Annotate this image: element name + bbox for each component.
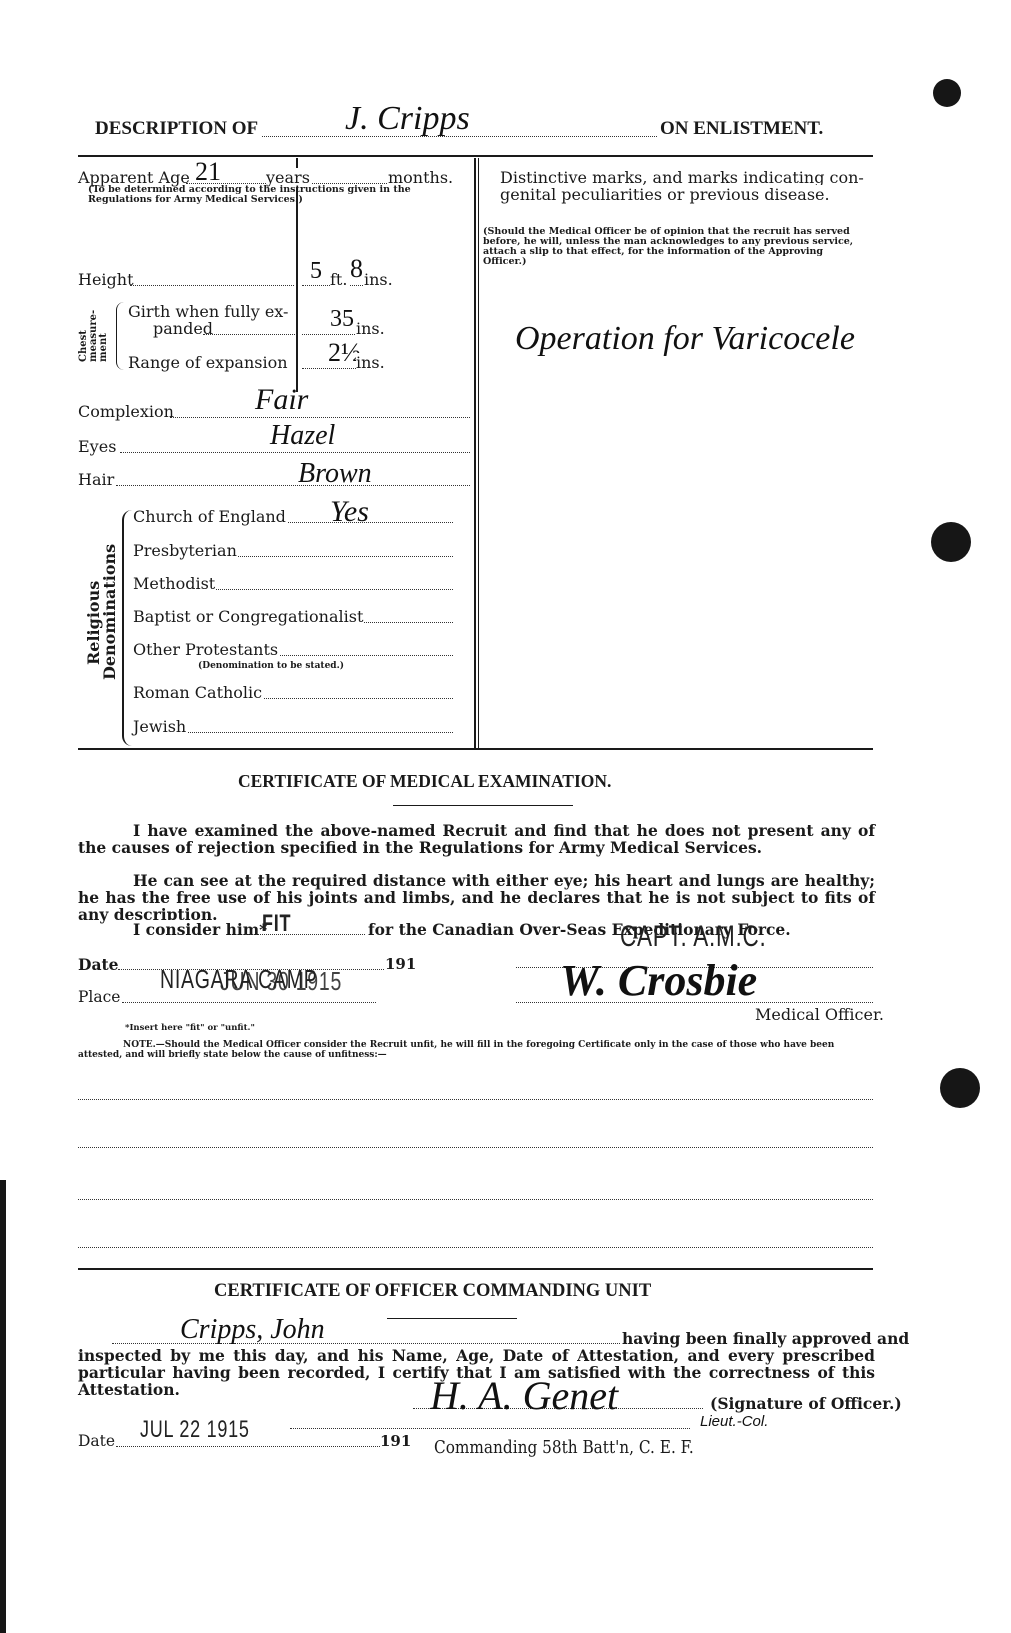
hair-value: Brown xyxy=(298,458,372,490)
chest-measurement-label: Chest measure-ment xyxy=(79,297,109,362)
girth-value: 35 xyxy=(330,306,354,333)
punch-hole-middle xyxy=(931,522,971,562)
scan-edge xyxy=(0,1180,6,1633)
medical-title-underline xyxy=(393,805,573,806)
range-value-line xyxy=(302,368,358,369)
commanding-date-year: 191 xyxy=(380,1432,412,1450)
apparent-age-value: 21 xyxy=(195,157,221,187)
medical-para1: I have examined the above-named Recruit … xyxy=(78,822,875,856)
religion-item-value: Yes xyxy=(330,495,369,529)
unfitness-line-1 xyxy=(78,1099,873,1100)
column-divider-2 xyxy=(478,158,479,748)
commanding-name-value: Cripps, John xyxy=(180,1314,325,1346)
unfitness-line-2 xyxy=(78,1147,873,1148)
medical-officer-label: Medical Officer. xyxy=(755,1005,885,1024)
section-rule xyxy=(78,748,873,750)
description-suffix: ON ENLISTMENT. xyxy=(660,118,824,140)
medical-date-label: Date xyxy=(78,955,120,974)
girth-value-line xyxy=(302,334,357,335)
consider-value: FIT xyxy=(262,910,291,938)
religion-item-label: Baptist or Congregationalist xyxy=(133,607,364,626)
rank-stamp: CAPT. A.M.C. xyxy=(620,920,767,954)
commanding-rank-line xyxy=(290,1428,690,1429)
commanding-signature-label: (Signature of Officer.) xyxy=(710,1394,903,1413)
religion-item-label: Jewish xyxy=(133,717,187,736)
religion-item-label: Other Protestants xyxy=(133,640,279,659)
height-ft-line xyxy=(302,285,332,286)
column-divider xyxy=(474,158,476,748)
height-ft-value: 5 xyxy=(310,258,322,285)
commanding-title-underline xyxy=(387,1318,517,1319)
hair-label: Hair xyxy=(78,470,115,489)
girth-label-2: panded xyxy=(153,319,214,338)
eyes-line xyxy=(120,452,470,453)
section-rule-2 xyxy=(78,1268,873,1270)
religion-item-label: Church of England xyxy=(133,507,287,526)
commanding-rank: Lieut.-Col. xyxy=(700,1413,768,1430)
complexion-value: Fair xyxy=(255,383,308,417)
range-label: Range of expansion xyxy=(128,353,289,372)
punch-hole-bottom xyxy=(940,1068,980,1108)
height-label: Height xyxy=(78,270,135,289)
medical-date-year: 191 xyxy=(385,955,417,973)
ft-label: ft. xyxy=(330,270,348,289)
height-in-value: 8 xyxy=(350,254,363,284)
ins-label-height: ins. xyxy=(364,270,394,289)
age-note: (To be determined according to the instr… xyxy=(88,185,468,205)
medical-note: NOTE.—Should the Medical Officer conside… xyxy=(78,1040,878,1060)
description-prefix: DESCRIPTION OF xyxy=(95,118,259,140)
medical-note-text: NOTE.—Should the Medical Officer conside… xyxy=(78,1040,834,1060)
ins-label-range: ins. xyxy=(356,353,386,372)
recruit-name-handwritten: J. Cripps xyxy=(345,100,470,138)
other-protestants-note: (Denomination to be stated.) xyxy=(198,661,344,671)
medical-para2: He can see at the required distance with… xyxy=(78,872,875,923)
commanding-date-stamp: JUL 22 1915 xyxy=(140,1416,250,1444)
commanding-title: CERTIFICATE OF OFFICER COMMANDING UNIT xyxy=(214,1281,652,1302)
religion-item-label: Presbyterian xyxy=(133,541,238,560)
medical-place-stamp: NIAGARA CAMP xyxy=(160,964,317,995)
medical-place-line xyxy=(122,1002,376,1003)
medical-footnote: *Insert here "fit" or "unfit." xyxy=(125,1023,255,1033)
medical-place-label: Place xyxy=(78,988,121,1006)
height-in-line xyxy=(350,285,365,286)
commanding-unit: Commanding 58th Batt'n, C. E. F. xyxy=(434,1437,695,1458)
punch-hole-top xyxy=(933,79,961,107)
eyes-value: Hazel xyxy=(270,420,335,452)
religion-label-2: Denominations xyxy=(100,544,119,680)
marks-value: Operation for Varicocele xyxy=(515,320,855,358)
hair-line xyxy=(116,485,470,486)
unfitness-line-3 xyxy=(78,1199,873,1200)
unfitness-line-4 xyxy=(78,1247,873,1248)
medical-para2-text: He can see at the required distance with… xyxy=(78,871,875,924)
complexion-line xyxy=(170,417,470,418)
consider-prefix: I consider him* xyxy=(133,920,268,939)
commanding-date-line xyxy=(116,1446,380,1447)
marks-heading-line2: genital peculiarities or previous diseas… xyxy=(500,185,831,204)
ins-label-girth: ins. xyxy=(356,319,386,338)
medical-title: CERTIFICATE OF MEDICAL EXAMINATION. xyxy=(238,771,612,792)
medical-para1-text: I have examined the above-named Recruit … xyxy=(78,821,875,857)
marks-note: (Should the Medical Officer be of opinio… xyxy=(483,227,863,267)
girth-line xyxy=(203,334,295,335)
complexion-label: Complexion xyxy=(78,402,175,421)
chest-brace xyxy=(116,302,125,370)
height-line xyxy=(130,285,294,286)
religion-item-label: Roman Catholic xyxy=(133,683,263,702)
religion-item-label: Methodist xyxy=(133,574,216,593)
eyes-label: Eyes xyxy=(78,437,117,456)
commanding-date-label: Date xyxy=(78,1432,116,1450)
commanding-signature: H. A. Genet xyxy=(430,1372,618,1419)
medical-officer-signature: W. Crosbie xyxy=(560,955,757,1006)
